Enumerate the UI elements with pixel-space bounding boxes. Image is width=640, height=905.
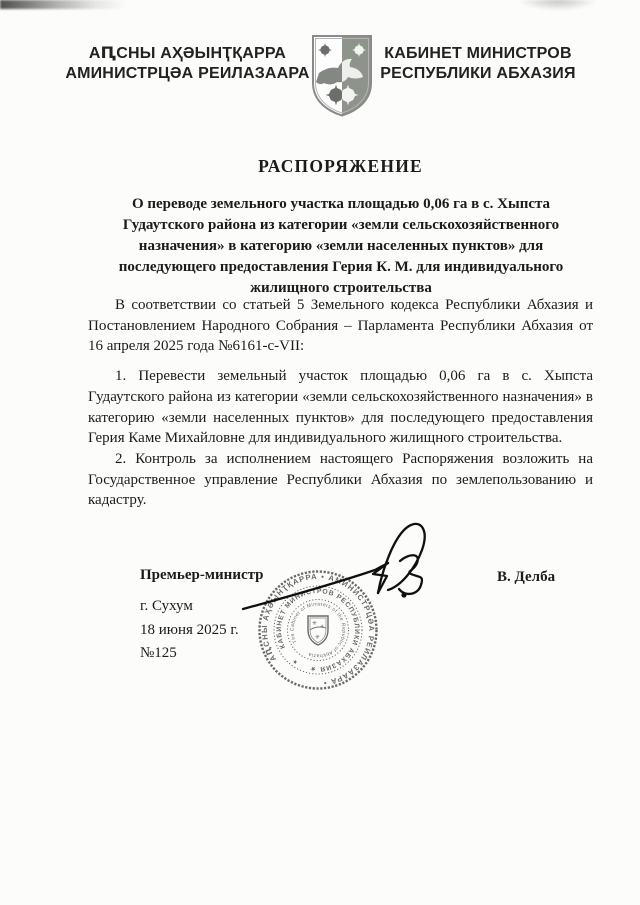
issue-details: г. Сухум 18 июня 2025 г. №125 — [140, 598, 239, 669]
letterhead-russian-line2: РЕСПУБЛИКИ АБХАЗИЯ — [372, 64, 584, 84]
document-title: РАСПОРЯЖЕНИЕ — [88, 156, 593, 177]
letterhead-russian: КАБИНЕТ МИНИСТРОВ РЕСПУБЛИКИ АБХАЗИЯ — [372, 44, 584, 84]
document-subject: О переводе земельного участка площадью 0… — [93, 194, 589, 299]
document-body: В соответствии со статьей 5 Земельного к… — [88, 295, 593, 511]
preamble-paragraph: В соответствии со статьей 5 Земельного к… — [88, 295, 593, 357]
svg-text:✳: ✳ — [315, 634, 320, 641]
handwritten-signature — [225, 505, 465, 635]
letterhead-abkhaz-line1: АԤСНЫ АҲӘЫНҬҚАРРА — [65, 44, 310, 64]
signer-name: В. Делба — [497, 569, 555, 586]
issue-date: 18 июня 2025 г. — [140, 622, 239, 646]
scan-smudge-top-left — [0, 0, 158, 9]
document-page: АԤСНЫ АҲӘЫНҬҚАРРА АМИНИСТРЦӘА РЕИЛАЗААРА — [0, 0, 640, 905]
letterhead-russian-line1: КАБИНЕТ МИНИСТРОВ — [372, 44, 584, 64]
letterhead-abkhaz: АԤСНЫ АҲӘЫНҬҚАРРА АМИНИСТРЦӘА РЕИЛАЗААРА — [65, 44, 310, 84]
scan-smudge-top-right — [518, 0, 598, 11]
letterhead-abkhaz-line2: АМИНИСТРЦӘА РЕИЛАЗААРА — [65, 64, 310, 84]
order-item-2: 2. Контроль за исполнением настоящего Ра… — [88, 449, 593, 511]
order-item-1: 1. Перевести земельный участок площадью … — [88, 366, 593, 449]
issue-number: №125 — [140, 645, 239, 669]
abkhazia-coat-of-arms-icon — [309, 33, 375, 119]
issue-city: г. Сухум — [140, 598, 239, 622]
